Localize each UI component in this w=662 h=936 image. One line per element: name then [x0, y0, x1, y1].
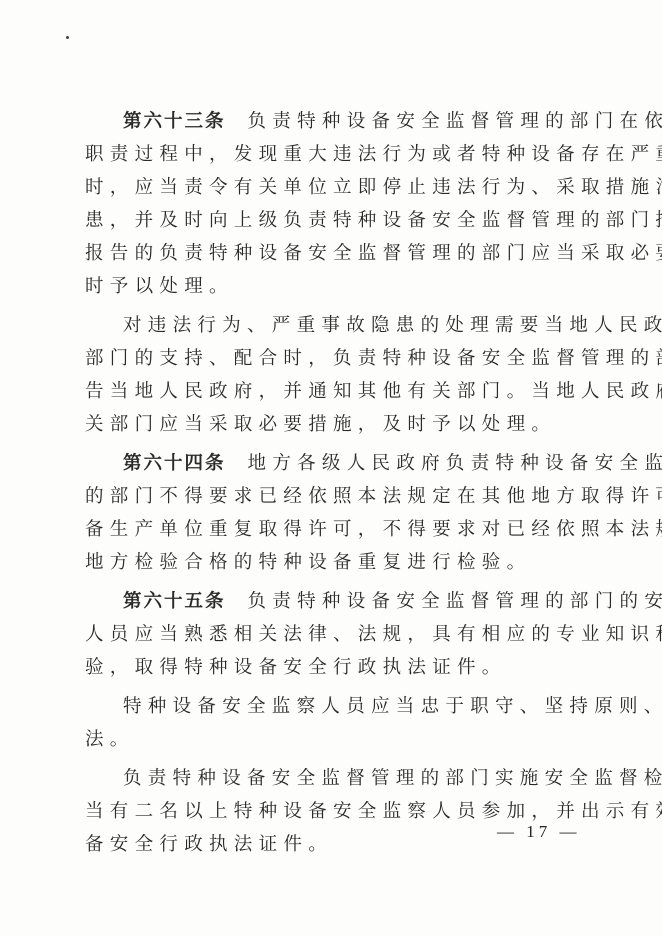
- text-line: 第六十四条地方各级人民政府负责特种设备安全监督管理: [85, 447, 565, 480]
- text-line: 的部门不得要求已经依照本法规定在其他地方取得许可的特种设: [85, 480, 565, 513]
- text-line: 地方检验合格的特种设备重复进行检验。: [85, 546, 565, 579]
- text-line: 备安全行政执法证件。: [85, 828, 565, 861]
- article-heading: 第六十五条: [123, 591, 226, 612]
- paragraph: 负责特种设备安全监督管理的部门实施安全监督检查时，应 当有二名以上特种设备安全监…: [85, 762, 565, 861]
- line-text: 负责特种设备安全监督管理的部门在依法履行: [248, 111, 662, 132]
- text-line: 法。: [85, 723, 565, 756]
- article-heading: 第六十四条: [123, 453, 226, 474]
- text-line: 对违法行为、严重事故隐患的处理需要当地人民政府和有关: [85, 309, 565, 342]
- text-line: 关部门应当采取必要措施，及时予以处理。: [85, 408, 565, 441]
- paragraph-article-63: 第六十三条负责特种设备安全监督管理的部门在依法履行 职责过程中，发现重大违法行为…: [85, 105, 565, 303]
- text-line: 备生产单位重复取得许可，不得要求对已经依照本法规定在其他: [85, 513, 565, 546]
- text-line: 患，并及时向上级负责特种设备安全监督管理的部门报告。接到: [85, 204, 565, 237]
- paragraph: 特种设备安全监察人员应当忠于职守、坚持原则、秉公执 法。: [85, 690, 565, 756]
- text-line: 报告的负责特种设备安全监督管理的部门应当采取必要措施，及: [85, 237, 565, 270]
- text-line: 负责特种设备安全监督管理的部门实施安全监督检查时，应: [85, 762, 565, 795]
- paragraph-article-64: 第六十四条地方各级人民政府负责特种设备安全监督管理 的部门不得要求已经依照本法规…: [85, 447, 565, 579]
- text-line: 部门的支持、配合时，负责特种设备安全监督管理的部门应当报: [85, 342, 565, 375]
- text-line: 人员应当熟悉相关法律、法规，具有相应的专业知识和工作经: [85, 618, 565, 651]
- text-line: 时，应当责令有关单位立即停止违法行为、采取措施消除事故隐: [85, 171, 565, 204]
- text-line: 第六十五条负责特种设备安全监督管理的部门的安全监察: [85, 585, 565, 618]
- line-text: 地方各级人民政府负责特种设备安全监督管理: [248, 453, 662, 474]
- text-line: 特种设备安全监察人员应当忠于职守、坚持原则、秉公执: [85, 690, 565, 723]
- paragraph: 对违法行为、严重事故隐患的处理需要当地人民政府和有关 部门的支持、配合时，负责特…: [85, 309, 565, 441]
- text-line: 当有二名以上特种设备安全监察人员参加，并出示有效的特种设: [85, 795, 565, 828]
- text-line: 职责过程中，发现重大违法行为或者特种设备存在严重事故隐患: [85, 138, 565, 171]
- text-line: 时予以处理。: [85, 270, 565, 303]
- document-body: 第六十三条负责特种设备安全监督管理的部门在依法履行 职责过程中，发现重大违法行为…: [85, 105, 565, 861]
- line-text: 负责特种设备安全监督管理的部门的安全监察: [248, 591, 662, 612]
- article-heading: 第六十三条: [123, 111, 226, 132]
- text-line: 告当地人民政府，并通知其他有关部门。当地人民政府和其他有: [85, 375, 565, 408]
- scan-speck: [66, 36, 69, 39]
- page-number: — 17 —: [497, 822, 581, 842]
- text-line: 验，取得特种设备安全行政执法证件。: [85, 651, 565, 684]
- text-line: 第六十三条负责特种设备安全监督管理的部门在依法履行: [85, 105, 565, 138]
- paragraph-article-65: 第六十五条负责特种设备安全监督管理的部门的安全监察 人员应当熟悉相关法律、法规，…: [85, 585, 565, 684]
